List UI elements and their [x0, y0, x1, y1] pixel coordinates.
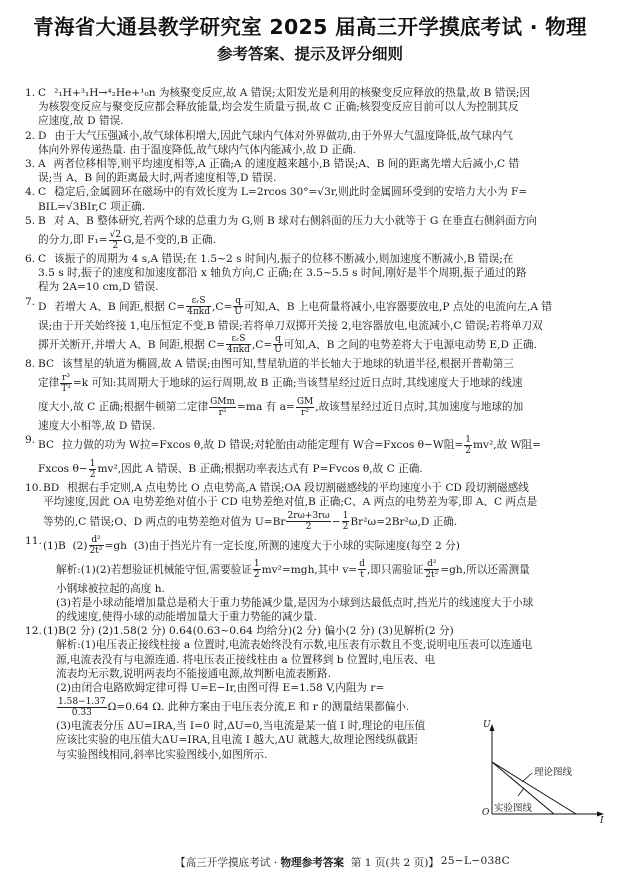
item-answer: BC [38, 439, 54, 451]
item-answer: D [38, 130, 47, 142]
item-text: 3.5 s 时,振子的速度和加速度都沿 x 轴负方向,C 正确;在 3.5~5.… [38, 266, 601, 280]
item-text: 平均速度,因此 OA 电势差绝对值小于 CD 电势差绝对值,B 正确;C、A 两… [43, 495, 601, 509]
answer-item-1: 1. C²₁H+³₁H→⁴₂He+¹₀n 为核聚变反应,故 A 错误;太阳发光是… [25, 86, 601, 129]
item-text: 流表均无示数,说明两表均不能接通电源,故判断电流表断路. [43, 667, 495, 681]
item-number: 11. [25, 534, 42, 548]
item-answer: C [38, 253, 46, 265]
answer-item-4: 4. C稳定后,金属圆环在磁场中的有效长度为 L=2rcos 30°=√3r,则… [25, 185, 601, 213]
item-text: 的分力,即 F₁= [38, 234, 108, 246]
item-answer: A [38, 158, 46, 170]
item-text: 速度大小相等,故 D 错误. [38, 419, 601, 433]
item-number: 3. [25, 157, 35, 171]
page-subtitle: 参考答案、提示及评分细则 [0, 42, 620, 64]
item-text: 稳定后,金属圆环在磁场中的有效长度为 L=2rcos 30°=√3r,则此时金属… [54, 186, 527, 198]
item-text: 应速度,故 D 错误. [38, 114, 601, 128]
item-text: 对 A、B 整体研究,若两个球的总重力为 G,则 B 球对右侧斜面的压力大小就等… [54, 215, 537, 227]
item-number: 6. [25, 252, 35, 266]
theory-line-label: 理论图线 [534, 764, 572, 778]
fraction: dt [358, 559, 366, 580]
fraction: GMr² [296, 397, 314, 418]
item-number: 9. [25, 433, 35, 447]
item-answer: C [38, 186, 46, 198]
item-text: 体向外界传递热量. 由于温度降低,故气球内气体内能减小,故 D 正确. [38, 143, 601, 157]
item-text: (2)由闭合电路欧姆定律可得 U=E−Ir,由图可得 E=1.58 V,内阻为 … [43, 681, 495, 695]
item-number: 5. [25, 214, 35, 228]
experiment-line-label: 实验图线 [494, 800, 532, 814]
item-number: 10. [25, 481, 42, 495]
item-text: 误;由于开关始终接 1,电压恒定不变,B 错误;若将单刀双掷开关接 2,电容器放… [38, 319, 601, 333]
fraction: εᵣS4πkd [226, 334, 251, 355]
answer-item-8: 8. BC该彗星的轨道为椭圆,故 A 错误;由图可知,彗星轨道的半长轴大于地球的… [25, 357, 601, 433]
y-axis-label: U [483, 720, 491, 730]
item-text: 应该比实验的电压值大ΔU=IRA,且电流 I 越大,ΔU 就越大,故理论图线纵截… [43, 733, 495, 747]
item-text: 两者位移相等,则平均速度相等,A 正确;A 的速度越来越小,B 错误;A、B 间… [54, 158, 519, 170]
item-text: BIL=√3BIr,C 项正确. [38, 200, 601, 214]
item-text: 该振子的周期为 4 s,A 错误;在 1.5~2 s 时间内,振子的位移不断减小… [54, 253, 513, 265]
answer-item-9: 9. BC拉力做的功为 W拉=Fxcos θ,故 D 错误;对轮胎由动能定理有 … [25, 433, 601, 481]
fraction: qU [273, 334, 283, 355]
item-text: G,是不变的,B 正确. [123, 234, 216, 246]
item-text: (3)若是小球动能增加量总是稍大于重力势能减少量,是因为小球到达最低点时,挡光片… [43, 596, 601, 610]
item-number: 8. [25, 357, 35, 371]
fraction: GMmr² [209, 397, 236, 418]
answer-item-3: 3. A两者位移相等,则平均速度相等,A 正确;A 的速度越来越小,B 错误;A… [25, 157, 601, 185]
fraction: √22 [109, 230, 122, 251]
fraction: 2rω+3rω2 [286, 511, 330, 532]
item-text: 与实验图线相同,斜率比实验图线小,如图所示. [43, 748, 495, 762]
item-number: 7. [25, 295, 35, 309]
item-text: 为核裂变反应与聚变反应都会释放能量,均会发生质量亏损,故 C 正确;核裂变反应目… [38, 100, 601, 114]
page-number: 第 1 页(共 2 页) [351, 857, 429, 869]
item-answer: B [38, 215, 46, 227]
item-number: 4. [25, 185, 35, 199]
fraction: 1.58−1.370.33 [57, 697, 107, 718]
item-text: 源,电流表没有与电源连通. 将电压表正接线柱由 a 位置移到 b 位置时,电压表… [43, 653, 495, 667]
item-answer: (1)B(2 分) (2)1.58(2 分) 0.64(0.63~0.64 均给… [43, 624, 601, 638]
item-number: 12. [25, 624, 42, 638]
answer-sheet-page: 青海省大通县教学研究室 2025 届高三开学摸底考试 · 物理 参考答案、提示及… [0, 0, 620, 881]
fraction: d²2t² [424, 559, 439, 580]
footer-title: 【高三开学摸底考试 · 物理参考答案 第 1 页(共 2 页)】 [175, 855, 439, 870]
fraction: r³T² [60, 373, 72, 394]
answer-item-7: 7. D若增大 A、B 间距,根据 C=εᵣS4πkd,C=qU可知,A、B 上… [25, 295, 601, 357]
item-text: 解析:(1)电压表正接线柱接 a 位置时,电流表始终没有示数,电压表有示数且不变… [43, 638, 601, 652]
fraction: qU [233, 296, 243, 317]
item-answer: BD [43, 482, 59, 494]
answers-body: 1. C²₁H+³₁H→⁴₂He+¹₀n 为核聚变反应,故 A 错误;太阳发光是… [25, 86, 601, 762]
item-text: 程为 2A=10 cm,D 错误. [38, 280, 601, 294]
fraction: 12 [89, 459, 97, 480]
fraction: d²2t² [89, 535, 104, 556]
answer-item-2: 2. D由于大气压强减小,故气球体积增大,因此气球内气体对外界做功,由于外界大气… [25, 129, 601, 157]
answer-item-10: 10. BD根据右手定则,A 点电势比 O 点电势高,A 错误;OA 段切割磁感… [25, 481, 601, 533]
answer-item-5: 5. B对 A、B 整体研究,若两个球的总重力为 G,则 B 球对右侧斜面的压力… [25, 214, 601, 252]
answer-item-11: 11. (1)B (2)d²2t²=gh (3)由于挡光片有一定长度,所测的速度… [25, 534, 601, 625]
item-text: 误;当 A、B 间的距离最大时,两者速度相等,D 错误. [38, 171, 601, 185]
document-code: 25−L−038C [441, 855, 510, 867]
origin-label: O [482, 808, 489, 818]
item-answer: D [38, 301, 47, 313]
fraction: 12 [253, 559, 261, 580]
x-axis-label: I [600, 816, 604, 826]
item-number: 1. [25, 86, 35, 100]
item-text: 由于大气压强减小,故气球体积增大,因此气球内气体对外界做功,由于外界大气温度降低… [55, 130, 513, 142]
fraction: 12 [342, 511, 350, 532]
ui-graph-figure: U I O 理论图线 实验图线 [480, 722, 610, 822]
item-number: 2. [25, 129, 35, 143]
fraction: 12 [464, 435, 472, 456]
item-text: ²₁H+³₁H→⁴₂He+¹₀n 为核聚变反应,故 A 错误;太阳发光是利用的核… [54, 87, 530, 99]
answer-item-6: 6. C该振子的周期为 4 s,A 错误;在 1.5~2 s 时间内,振子的位移… [25, 252, 601, 295]
fraction: εᵣS4πkd [186, 296, 211, 317]
item-text: 小钢球被拉起的高度 h. [43, 582, 601, 596]
item-answer: BC [38, 358, 54, 370]
item-answer: C [38, 87, 46, 99]
item-text: 的线速度,使得小球的动能增加量大于重力势能的减少量. [43, 610, 601, 624]
page-title: 青海省大通县教学研究室 2025 届高三开学摸底考试 · 物理 [0, 10, 620, 40]
item-text: (3)电流表分压 ΔU=IRA,当 I=0 时,ΔU=0,当电流是某一值 I 时… [43, 719, 495, 733]
